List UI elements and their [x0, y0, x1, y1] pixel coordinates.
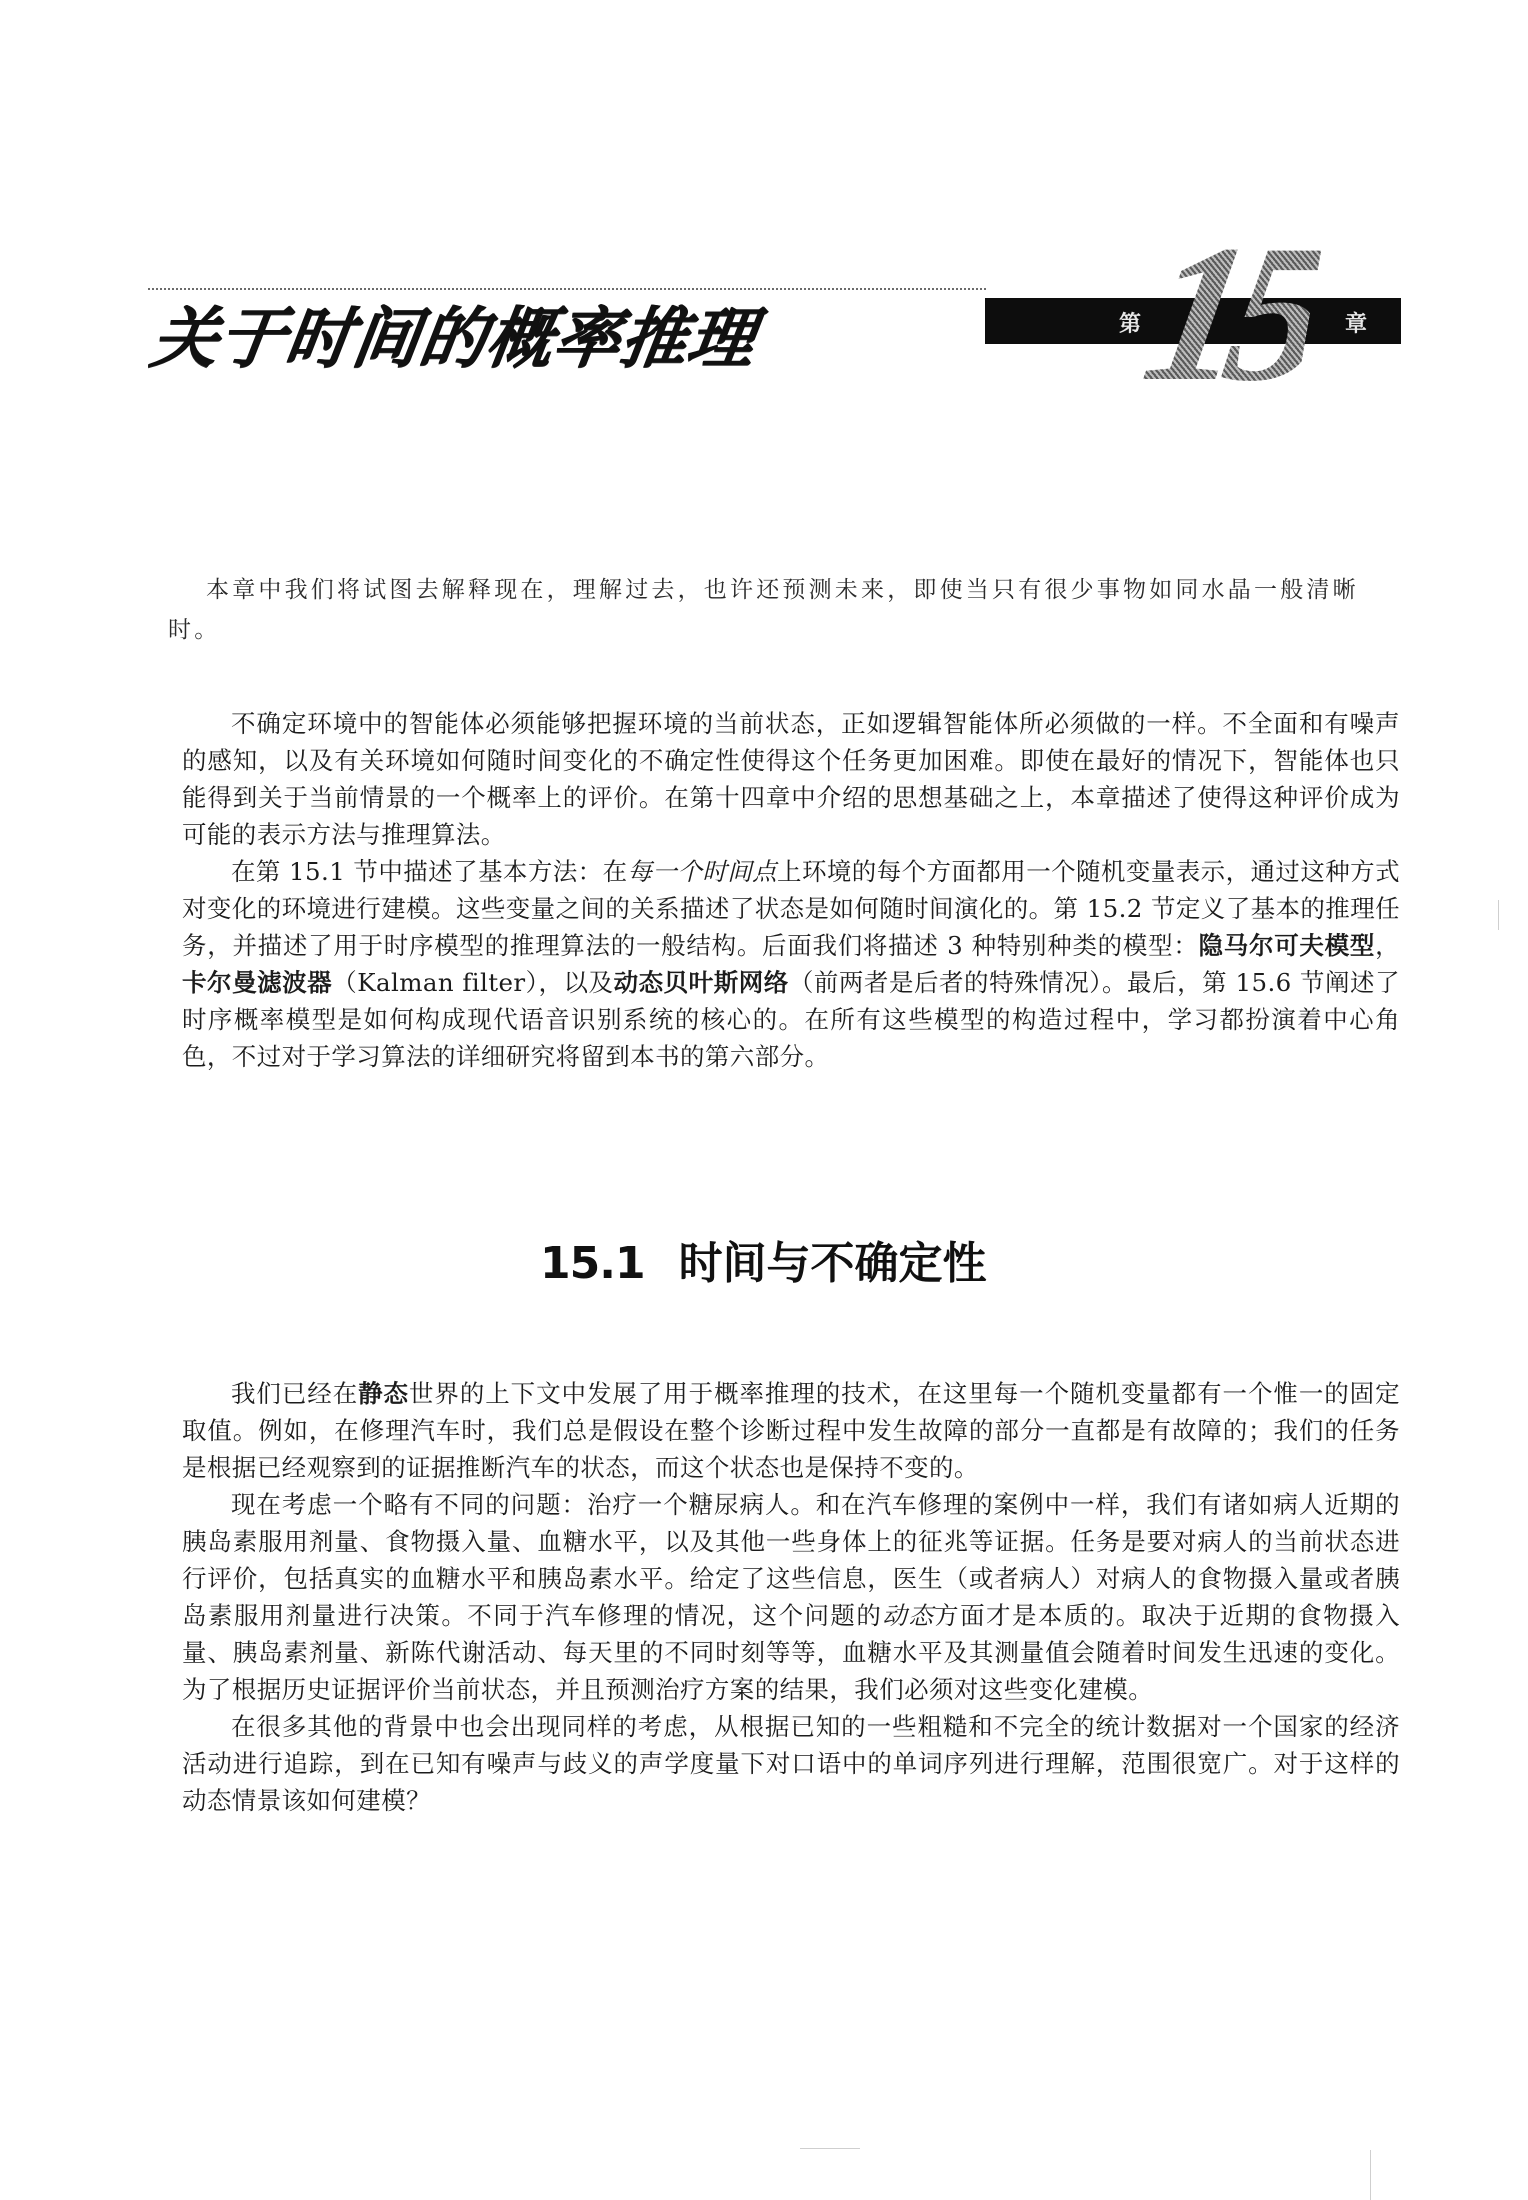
title-dotted-rule	[148, 288, 986, 290]
text-run: ，	[1375, 931, 1400, 960]
book-page: 关于时间的概率推理 第 章 15 本章中我们将试图去解释现在，理解过去，也许还预…	[0, 0, 1528, 2200]
section-title: 时间与不确定性	[679, 1238, 987, 1289]
section-heading: 15.1时间与不确定性	[540, 1236, 987, 1292]
text-run: （Kalman filter），以及	[332, 968, 613, 997]
chapter-epigraph: 本章中我们将试图去解释现在，理解过去，也许还预测未来，即使当只有很少事物如同水晶…	[168, 570, 1408, 650]
text-run: 我们已经在	[231, 1379, 358, 1408]
section-number: 15.1	[540, 1238, 645, 1289]
text-run: 在很多其他的背景中也会出现同样的考虑，从根据已知的一些粗糙和不完全的统计数据对一…	[182, 1712, 1400, 1815]
italic-term: 动态	[882, 1601, 934, 1630]
section-paragraph: 现在考虑一个略有不同的问题：治疗一个糖尿病人。和在汽车修理的案例中一样，我们有诸…	[182, 1486, 1400, 1708]
section-paragraph: 我们已经在静态世界的上下文中发展了用于概率推理的技术，在这里每一个随机变量都有一…	[182, 1375, 1400, 1486]
chapter-badge-suffix: 章	[1345, 307, 1367, 338]
intro-paragraph: 不确定环境中的智能体必须能够把握环境的当前状态，正如逻辑智能体所必须做的一样。不…	[182, 705, 1400, 853]
bold-term: 动态贝叶斯网络	[614, 968, 789, 997]
text-run: 不确定环境中的智能体必须能够把握环境的当前状态，正如逻辑智能体所必须做的一样。不…	[182, 709, 1400, 849]
bold-term: 静态	[358, 1379, 409, 1408]
section-paragraph: 在很多其他的背景中也会出现同样的考虑，从根据已知的一些粗糙和不完全的统计数据对一…	[182, 1708, 1400, 1819]
italic-term: 每一个时间点	[628, 857, 778, 886]
bold-term: 卡尔曼滤波器	[182, 968, 332, 997]
intro-paragraph: 在第 15.1 节中描述了基本方法：在每一个时间点上环境的每个方面都用一个随机变…	[182, 853, 1400, 1075]
section-text: 我们已经在静态世界的上下文中发展了用于概率推理的技术，在这里每一个随机变量都有一…	[182, 1375, 1400, 1819]
text-run: 在第 15.1 节中描述了基本方法：在	[231, 857, 628, 886]
chapter-title: 关于时间的概率推理	[146, 296, 761, 380]
chapter-number: 15	[1133, 216, 1328, 412]
scan-artifact	[1498, 900, 1499, 930]
scan-artifact	[800, 2148, 860, 2149]
intro-text: 不确定环境中的智能体必须能够把握环境的当前状态，正如逻辑智能体所必须做的一样。不…	[182, 705, 1400, 1075]
bold-term: 隐马尔可夫模型	[1199, 931, 1376, 960]
scan-artifact	[1370, 2150, 1371, 2200]
chapter-badge-prefix: 第	[1119, 307, 1141, 338]
